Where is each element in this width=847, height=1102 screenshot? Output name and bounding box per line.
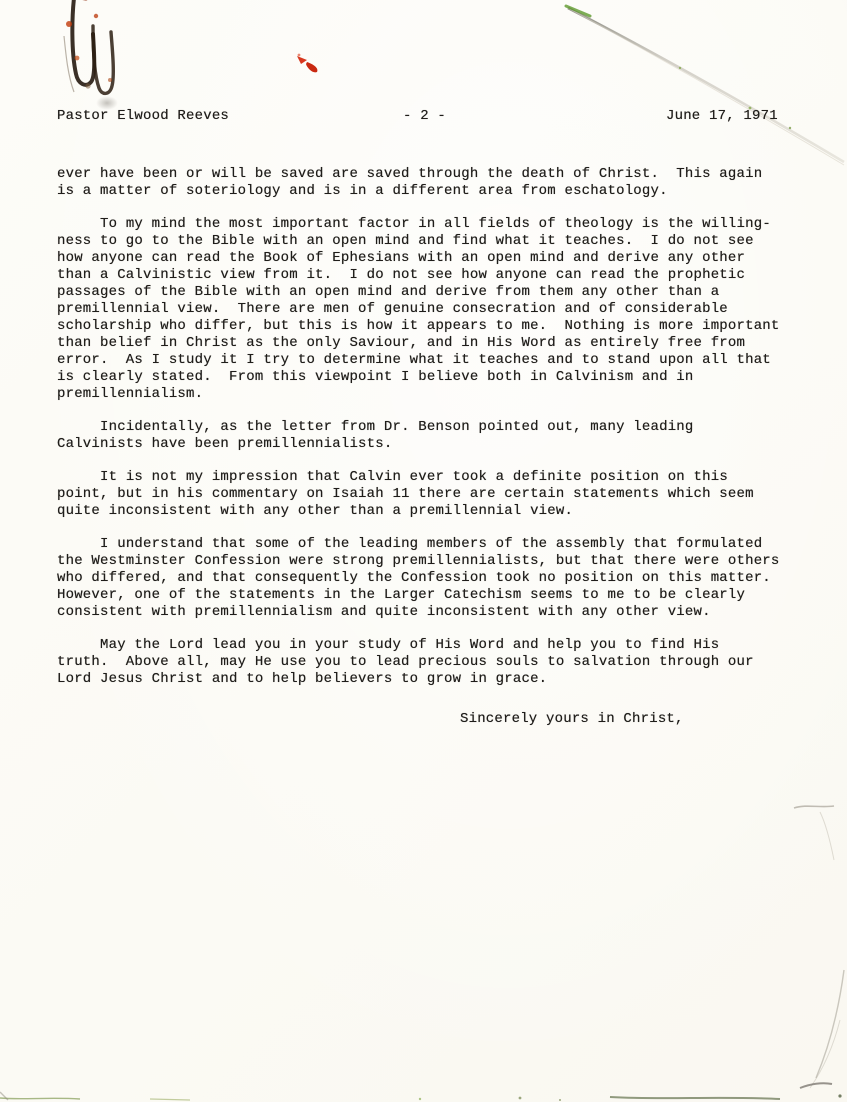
paperclip-mark-icon [52, 0, 132, 104]
closing-line: Sincerely yours in Christ, [57, 711, 809, 728]
edge-noise-speckles [0, 1088, 847, 1102]
body-paragraph: May the Lord lead you in your study of H… [57, 637, 809, 688]
body-paragraph: It is not my impression that Calvin ever… [57, 469, 809, 520]
body-paragraph: I understand that some of the leading me… [57, 536, 809, 621]
body-paragraph: ever have been or will be saved are save… [57, 166, 809, 200]
letter-header: Pastor Elwood Reeves - 2 - June 17, 1971 [0, 108, 847, 128]
recipient-name: Pastor Elwood Reeves [57, 108, 229, 125]
body-paragraph: To my mind the most important factor in … [57, 216, 809, 403]
page-number: - 2 - [403, 108, 446, 125]
letter-body: ever have been or will be saved are save… [57, 166, 809, 728]
body-paragraph: Incidentally, as the letter from Dr. Ben… [57, 419, 809, 453]
letter-date: June 17, 1971 [666, 108, 778, 125]
scanned-letter-page: Pastor Elwood Reeves - 2 - June 17, 1971… [0, 0, 847, 1102]
fold-crease-line [560, 0, 847, 170]
red-ink-mark-icon [293, 50, 327, 78]
margin-crease-mark [790, 800, 840, 870]
corner-crease-mark [770, 960, 847, 1102]
